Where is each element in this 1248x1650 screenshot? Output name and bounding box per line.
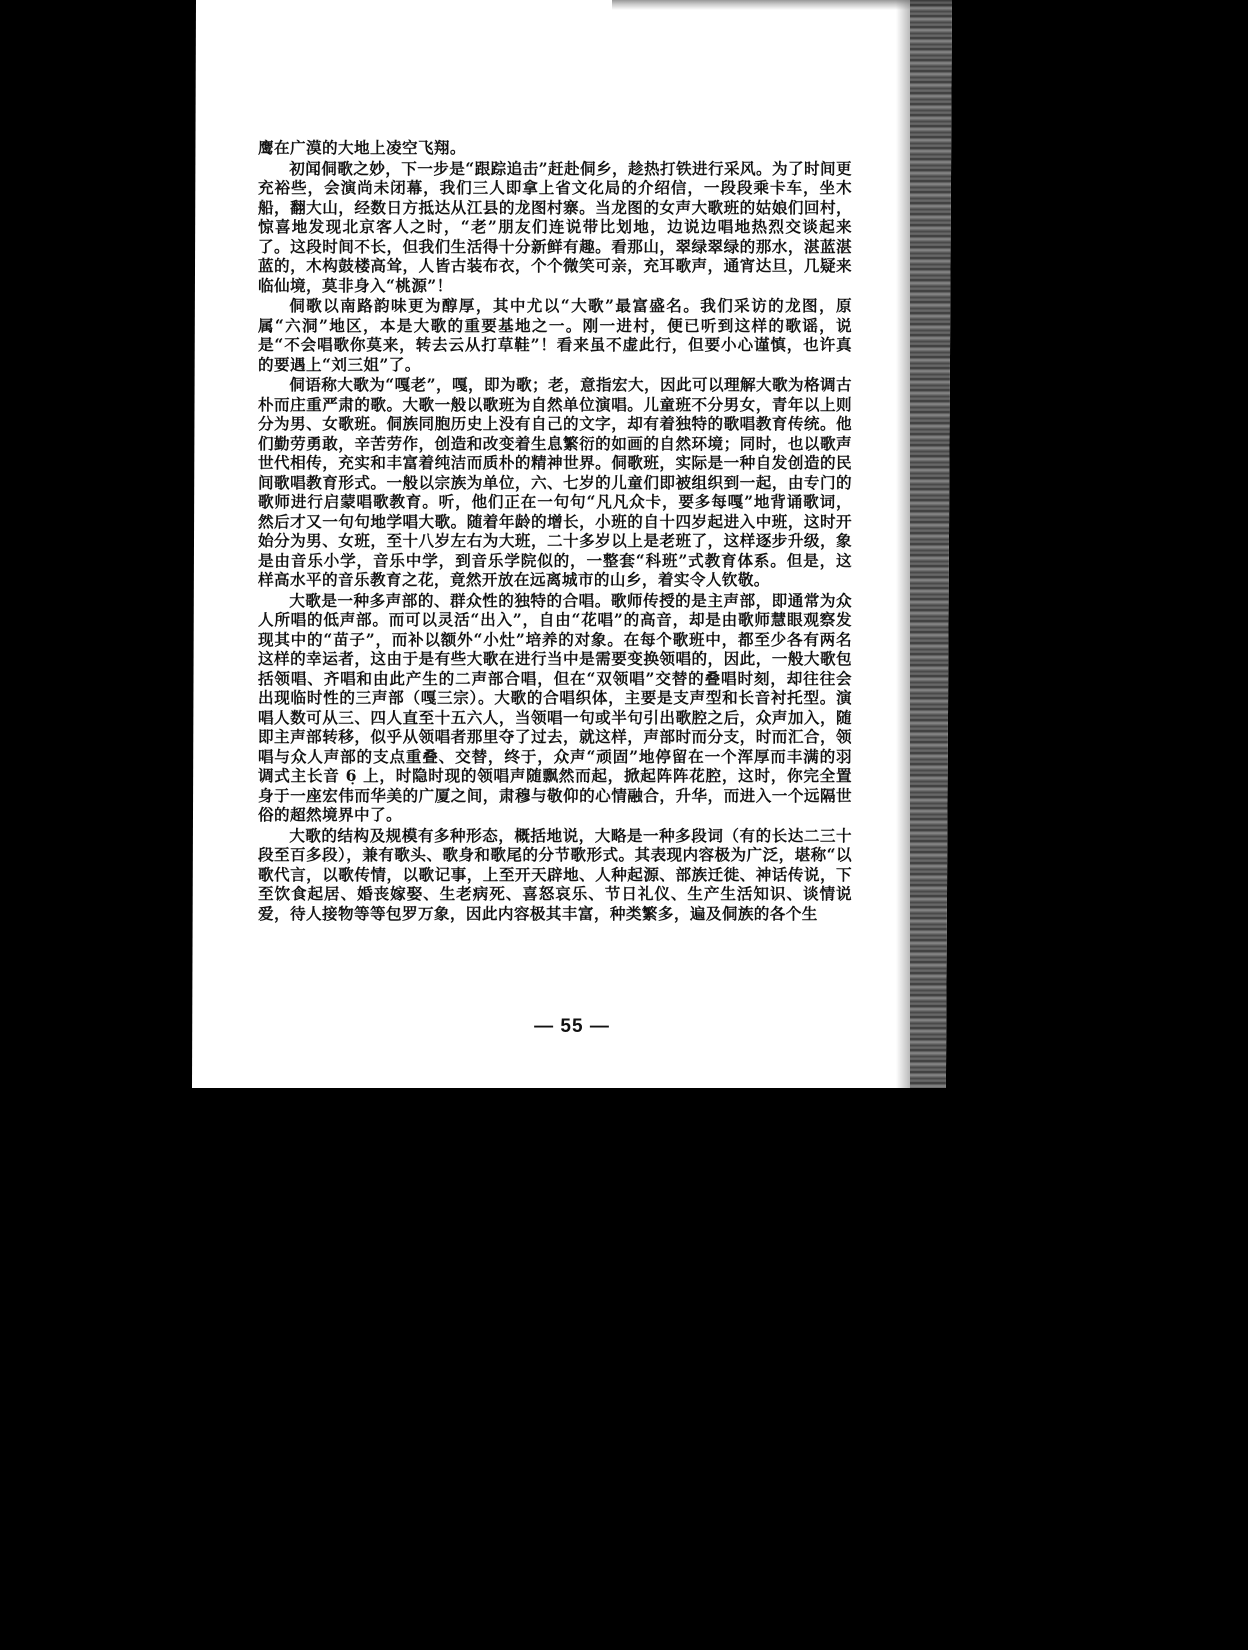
page-right-scan-shadow: [910, 0, 952, 1088]
paragraph-south-dong-songs: 侗歌以南路韵味更为醇厚，其中尤以“大歌”最富盛名。我们采访的龙图，原属“六洞”地…: [258, 296, 852, 374]
paragraph-field-trip: 初闻侗歌之妙，下一步是“跟踪追击”赶赴侗乡，趁热打铁进行采风。为了时间更充裕些，…: [258, 159, 852, 296]
scanned-book-page: 鹰在广漠的大地上凌空飞翔。 初闻侗歌之妙，下一步是“跟踪追击”赶赴侗乡，趁热打铁…: [192, 0, 952, 1088]
paragraph-continuation: 鹰在广漠的大地上凌空飞翔。: [258, 138, 852, 158]
paragraph-polyphony: 大歌是一种多声部的、群众性的独特的合唱。歌师传授的是主声部，即通常为众人所唱的低…: [258, 591, 852, 825]
paragraph-ga-lao-education: 侗语称大歌为“嘎老”，嘎，即为歌；老，意指宏大，因此可以理解大歌为格调古朴而庄重…: [258, 375, 852, 590]
page-number: — 55 —: [192, 1016, 952, 1038]
paragraph-structure: 大歌的结构及规模有多种形态，概括地说，大略是一种多段词（有的长达二三十段至百多段…: [258, 826, 852, 924]
body-text: 鹰在广漠的大地上凌空飞翔。 初闻侗歌之妙，下一步是“跟踪追击”赶赴侗乡，趁热打铁…: [258, 138, 852, 924]
